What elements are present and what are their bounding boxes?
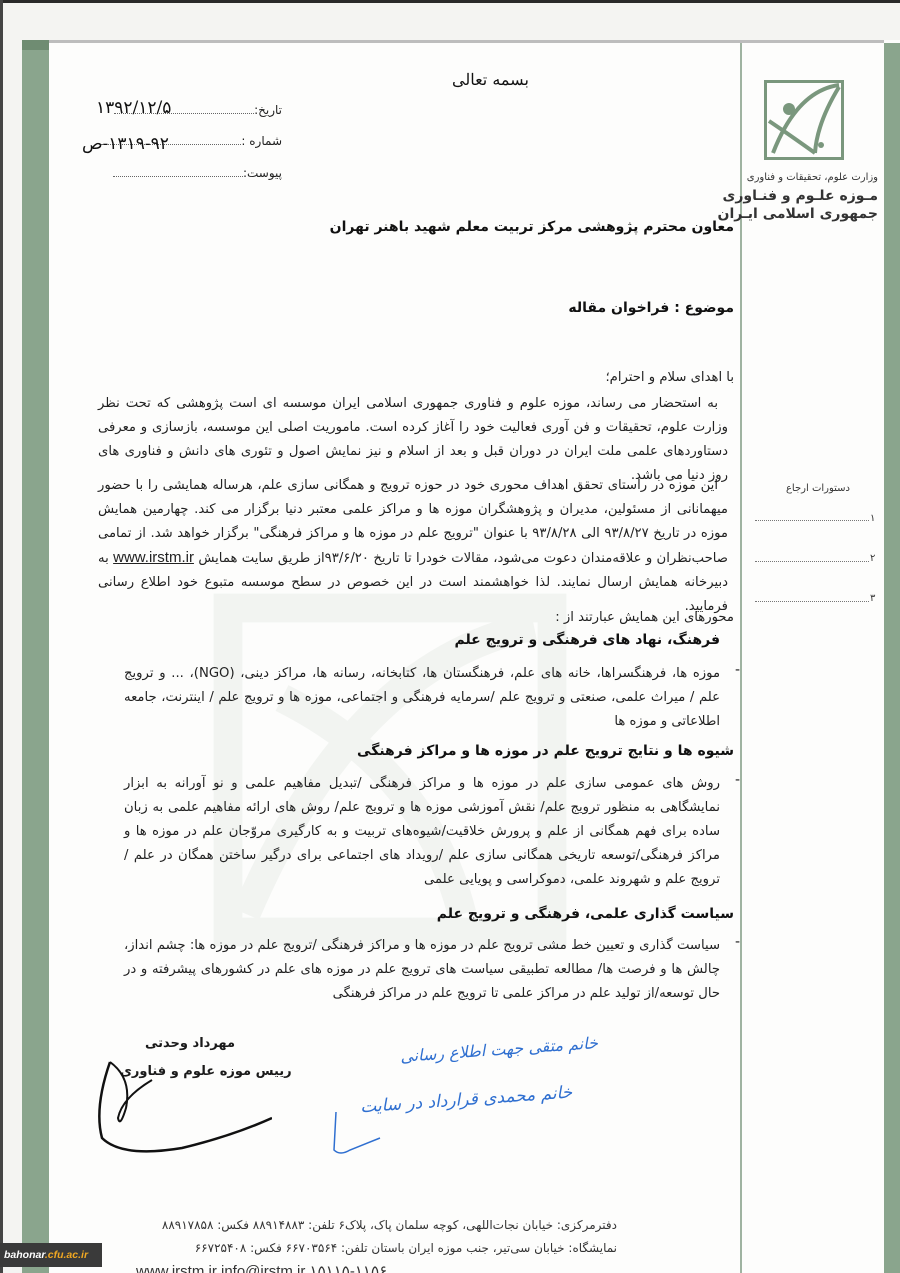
handwritten-mark-icon: [330, 1110, 390, 1160]
axis-bullet-1: موزه ها، فرهنگسراها، خانه های علم، فرهنگ…: [124, 662, 720, 734]
referral-line-1[interactable]: [755, 520, 869, 521]
subject-line: موضوع : فراخوان مقاله: [568, 300, 734, 316]
signature-scribble-icon: [92, 1058, 272, 1158]
axes-intro: محورهای این همایش عبارتند از :: [555, 606, 734, 630]
signatory-name: مهرداد وحدتی: [145, 1036, 235, 1051]
museum-name-line2: جمهوری اسلامی ایـران: [718, 206, 878, 222]
green-margin-left: [22, 40, 49, 1273]
bullet-marker: -: [735, 934, 740, 950]
source-badge: bahonar.cfu.ac.ir: [0, 1243, 102, 1267]
badge-part1: bahonar: [4, 1249, 45, 1261]
greeting: با اهدای سلام و احترام؛: [605, 366, 734, 390]
number-label: شماره :: [241, 134, 282, 148]
torn-edge: [49, 40, 884, 43]
referral-number-2: ۲: [870, 553, 875, 564]
axis-bullet-2: روش های عمومی سازی علم در موزه ها و مراک…: [124, 772, 720, 892]
paragraph-conference: این موزه در راستای تحقق اهداف محوری خود …: [98, 474, 728, 619]
green-margin-left-top: [22, 40, 49, 50]
axis-heading-3: سیاست گذاری علمی، فرهنگی و ترویج علم: [437, 906, 734, 922]
referral-number-1: ۱: [870, 513, 875, 524]
attachment-dots: [113, 166, 243, 177]
axis-heading-2: شیوه ها و نتایج ترویج علم در موزه ها و م…: [357, 743, 734, 759]
footer-exhibition: نمایشگاه: خیابان سی‌تیر، جنب موزه ایران …: [195, 1241, 617, 1255]
attachment-label: پیوست:: [243, 166, 282, 180]
date-value: ۱۳۹۲/۱۲/۵: [96, 98, 171, 118]
referral-line-3[interactable]: [755, 601, 869, 602]
bullet-marker: -: [735, 772, 740, 788]
bismillah-heading: بسمه تعالی: [452, 70, 529, 89]
recipient-line: معاون محترم پژوهشی مرکز تربیت معلم شهید …: [330, 219, 734, 235]
museum-logo-icon: [764, 80, 844, 160]
website-link[interactable]: www.irstm.ir: [113, 549, 194, 566]
footer-central-office: دفترمرکزی: خیابان نجات‌اللهی، کوچه سلمان…: [162, 1218, 617, 1232]
referral-line-2[interactable]: [755, 561, 869, 562]
green-margin-right: [884, 43, 900, 1273]
attachment-field: پیوست:: [113, 162, 282, 181]
referral-title: دستورات ارجاع: [786, 483, 850, 494]
scan-border-top: [0, 0, 900, 3]
footer-web-contact: www.irstm.ir info@irstm.ir ۱۵۱۱۵-۱۱۵۶: [136, 1262, 387, 1273]
scan-border-left: [0, 0, 3, 1273]
axis-heading-1: فرهنگ، نهاد های فرهنگی و ترویج علم: [454, 632, 720, 648]
date-label: تاریخ:: [254, 103, 282, 117]
badge-part2: .cfu.ac.ir: [45, 1249, 88, 1261]
number-value: ۱۳۱۹-۹۲-ص: [82, 134, 169, 154]
bullet-marker: -: [735, 662, 740, 678]
referral-number-3: ۳: [870, 593, 875, 604]
ministry-name: وزارت علوم، تحقیقات و فناوری: [747, 172, 878, 183]
column-divider: [740, 43, 742, 1273]
museum-name-line1: مـوزه علـوم و فنـاوری: [723, 188, 879, 204]
axis-bullet-3: سیاست گذاری و تعیین خط مشی ترویج علم در …: [124, 934, 720, 1006]
